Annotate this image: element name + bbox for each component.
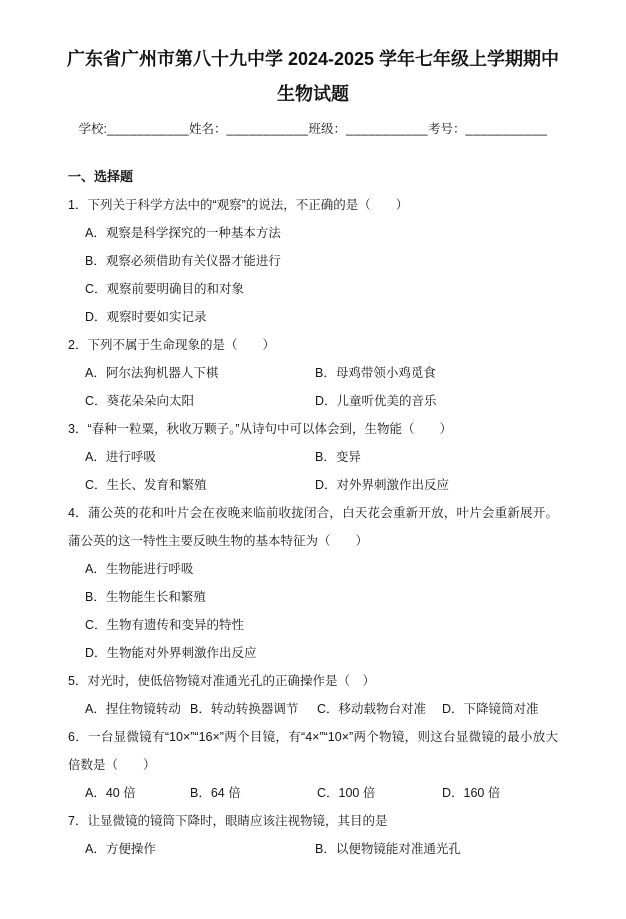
exam-number-label: 考号： — [428, 122, 466, 136]
question-3: 3．“春种一粒粟，秋收万颗子。”从诗句中可以体会到，生物能（ ） A．进行呼吸 … — [68, 415, 558, 499]
section-heading-choice: 一、选择题 — [68, 163, 558, 191]
class-blank: ___________ — [346, 122, 428, 136]
question-2: 2．下列不属于生命现象的是（ ） A．阿尔法狗机器人下棋 B．母鸡带领小鸡觅食 … — [68, 331, 558, 415]
question-5-stem: 5．对光时，使低倍物镜对准通光孔的正确操作是（ ） — [68, 667, 558, 695]
question-4-option-a: A．生物能进行呼吸 — [68, 555, 558, 583]
exam-number-blank: ___________ — [466, 122, 548, 136]
question-3-option-c: C．生长、发育和繁殖 — [85, 471, 315, 499]
question-6-stem: 6．一台显微镜有“10×”“16×”两个目镜，有“4×”“10×”两个物镜，则这… — [68, 723, 558, 779]
question-1-option-b: B．观察必须借助有关仪器才能进行 — [68, 247, 558, 275]
page-subtitle: 生物试题 — [0, 82, 626, 106]
question-3-option-d: D．对外界刺激作出反应 — [315, 471, 558, 499]
question-2-option-c: C．葵花朵朵向太阳 — [85, 387, 315, 415]
question-1: 1．下列关于科学方法中的“观察”的说法，不正确的是（ ） A．观察是科学探究的一… — [68, 191, 558, 331]
question-1-option-a: A．观察是科学探究的一种基本方法 — [68, 219, 558, 247]
question-1-stem: 1．下列关于科学方法中的“观察”的说法，不正确的是（ ） — [68, 191, 558, 219]
question-5-option-b: B．转动转换器调节 — [190, 695, 317, 723]
student-info-row: 学校:___________姓名：___________班级：_________… — [0, 119, 626, 137]
page-title: 广东省广州市第八十九中学 2024-2025 学年七年级上学期期中 — [36, 46, 590, 72]
question-3-option-b: B．变异 — [315, 443, 558, 471]
question-6-option-d: D．160 倍 — [442, 779, 500, 807]
question-6-option-b: B．64 倍 — [190, 779, 317, 807]
class-label: 班级： — [308, 122, 346, 136]
question-3-option-a: A．进行呼吸 — [85, 443, 315, 471]
question-4-option-c: C．生物有遗传和变异的特性 — [68, 611, 558, 639]
question-5: 5．对光时，使低倍物镜对准通光孔的正确操作是（ ） A．捏住物镜转动 B．转动转… — [68, 667, 558, 723]
question-2-option-d: D．儿童听优美的音乐 — [315, 387, 558, 415]
question-7: 7．让显微镜的镜筒下降时，眼睛应该注视物镜，其目的是 A．方便操作 B．以便物镜… — [68, 807, 558, 863]
name-label: 姓名： — [189, 122, 227, 136]
question-4-option-b: B．生物能生长和繁殖 — [68, 583, 558, 611]
question-2-option-a: A．阿尔法狗机器人下棋 — [85, 359, 315, 387]
question-6-option-c: C．100 倍 — [317, 779, 442, 807]
question-5-option-a: A．捏住物镜转动 — [85, 695, 190, 723]
questions-area: 一、选择题 1．下列关于科学方法中的“观察”的说法，不正确的是（ ） A．观察是… — [0, 163, 626, 863]
question-4-stem: 4．蒲公英的花和叶片会在夜晚来临前收拢闭合，白天花会重新开放，叶片会重新展开。蒲… — [68, 499, 558, 555]
question-7-option-b: B．以便物镜能对准通光孔 — [315, 835, 558, 863]
school-blank: ___________ — [107, 122, 189, 136]
question-2-option-b: B．母鸡带领小鸡觅食 — [315, 359, 558, 387]
question-1-option-c: C．观察前要明确目的和对象 — [68, 275, 558, 303]
question-1-option-d: D．观察时要如实记录 — [68, 303, 558, 331]
question-5-option-d: D．下降镜筒对准 — [442, 695, 539, 723]
question-4-option-d: D．生物能对外界刺激作出反应 — [68, 639, 558, 667]
exam-paper: 广东省广州市第八十九中学 2024-2025 学年七年级上学期期中 生物试题 学… — [0, 0, 626, 919]
question-2-stem: 2．下列不属于生命现象的是（ ） — [68, 331, 558, 359]
question-3-stem: 3．“春种一粒粟，秋收万颗子。”从诗句中可以体会到，生物能（ ） — [68, 415, 558, 443]
question-6-option-a: A．40 倍 — [85, 779, 190, 807]
question-6: 6．一台显微镜有“10×”“16×”两个目镜，有“4×”“10×”两个物镜，则这… — [68, 723, 558, 807]
question-4: 4．蒲公英的花和叶片会在夜晚来临前收拢闭合，白天花会重新开放，叶片会重新展开。蒲… — [68, 499, 558, 667]
question-7-option-a: A．方便操作 — [85, 835, 315, 863]
name-blank: ___________ — [227, 122, 309, 136]
question-7-stem: 7．让显微镜的镜筒下降时，眼睛应该注视物镜，其目的是 — [68, 807, 558, 835]
school-label: 学校: — [79, 122, 107, 136]
question-5-option-c: C．移动载物台对准 — [317, 695, 442, 723]
